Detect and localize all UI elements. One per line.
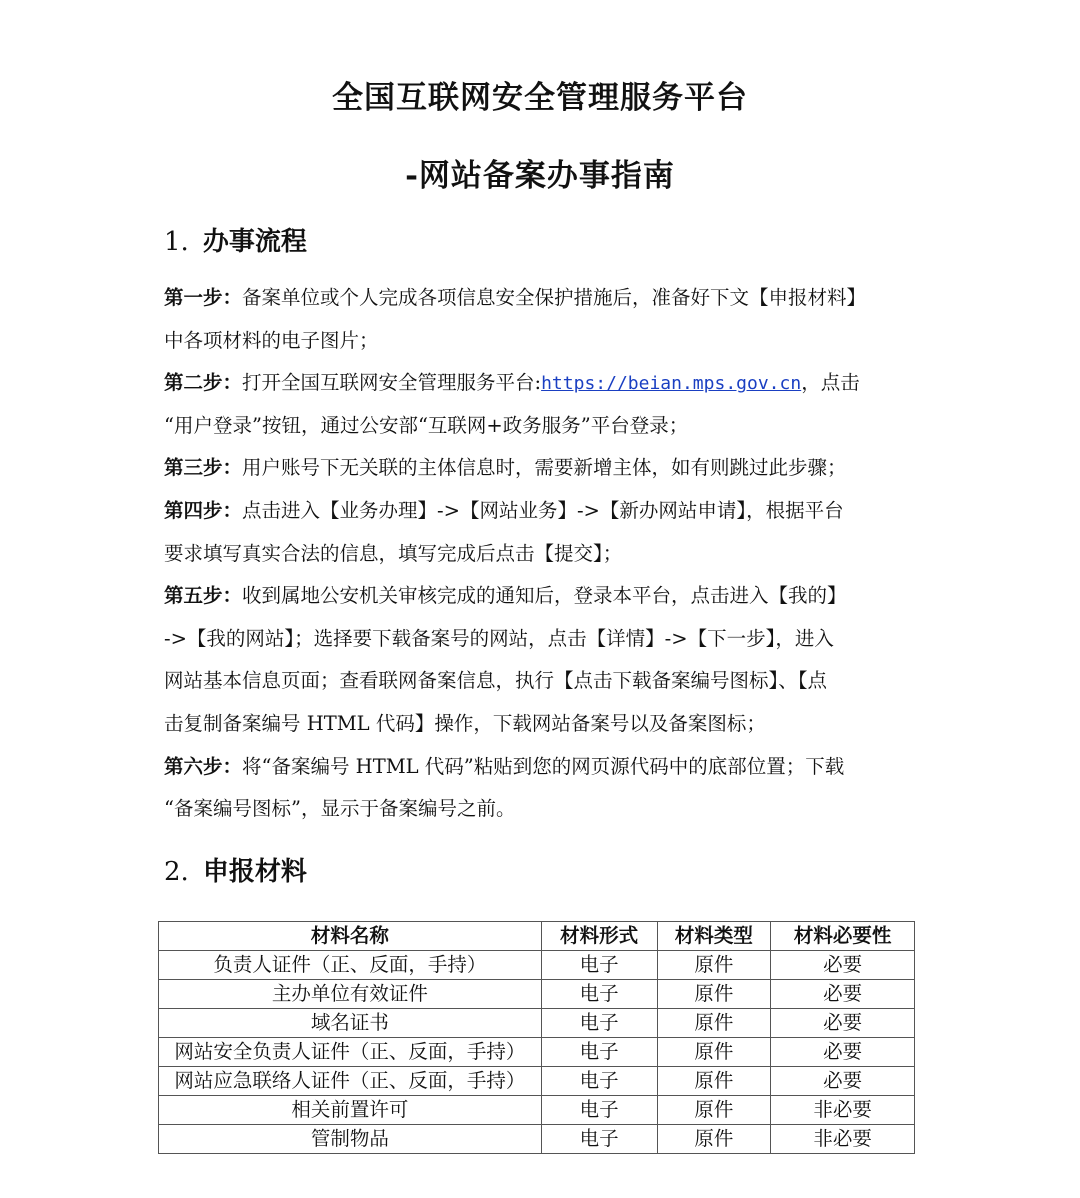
step-text: 将“备案编号 HTML 代码”粘贴到您的网页源代码中的底部位置；下载 [242, 755, 844, 778]
table-header-row: 材料名称 材料形式 材料类型 材料必要性 [159, 922, 915, 951]
step-text: 打开全国互联网安全管理服务平台: [242, 371, 541, 394]
cell-name: 网站安全负责人证件（正、反面，手持） [159, 1038, 542, 1067]
materials-table: 材料名称 材料形式 材料类型 材料必要性 负责人证件（正、反面，手持） 电子 原… [158, 921, 915, 1154]
section-heading-process: 1.办事流程 [164, 221, 307, 258]
cell-form: 电子 [541, 1009, 657, 1038]
step-text: 收到属地公安机关审核完成的通知后，登录本平台，点击进入【我的】 [242, 584, 847, 607]
table-row: 域名证书 电子 原件 必要 [159, 1009, 915, 1038]
step-text: ，点击 [801, 371, 860, 394]
cell-type: 原件 [657, 1096, 771, 1125]
step-label: 第二步： [164, 371, 242, 394]
cell-name: 负责人证件（正、反面，手持） [159, 951, 542, 980]
step-label: 第四步： [164, 499, 242, 522]
table-row: 相关前置许可 电子 原件 非必要 [159, 1096, 915, 1125]
step-text: 备案单位或个人完成各项信息安全保护措施后，准备好下文【申报材料】 [242, 286, 866, 309]
cell-form: 电子 [541, 1125, 657, 1154]
step-1-line-2: 中各项材料的电子图片； [164, 320, 920, 363]
step-3-line-1: 第三步：用户账号下无关联的主体信息时，需要新增主体，如有则跳过此步骤； [164, 447, 920, 490]
cell-form: 电子 [541, 980, 657, 1009]
cell-form: 电子 [541, 1038, 657, 1067]
cell-type: 原件 [657, 980, 771, 1009]
document-title: 全国互联网安全管理服务平台 [0, 72, 1080, 117]
step-2-line-1: 第二步：打开全国互联网安全管理服务平台:https://beian.mps.go… [164, 362, 920, 405]
cell-necessity: 必要 [771, 1038, 915, 1067]
table-row: 网站安全负责人证件（正、反面，手持） 电子 原件 必要 [159, 1038, 915, 1067]
cell-necessity: 必要 [771, 1009, 915, 1038]
cell-form: 电子 [541, 1096, 657, 1125]
step-5-line-2: ->【我的网站】；选择要下载备案号的网站，点击【详情】->【下一步】，进入 [164, 618, 920, 661]
section-title: 申报材料 [203, 857, 307, 887]
step-4-line-1: 第四步：点击进入【业务办理】->【网站业务】->【新办网站申请】，根据平台 [164, 490, 920, 533]
cell-name: 管制物品 [159, 1125, 542, 1154]
section-heading-materials: 2.申报材料 [164, 851, 307, 888]
cell-name: 主办单位有效证件 [159, 980, 542, 1009]
cell-type: 原件 [657, 951, 771, 980]
step-text: 点击进入【业务办理】->【网站业务】->【新办网站申请】，根据平台 [242, 499, 844, 522]
cell-necessity: 非必要 [771, 1125, 915, 1154]
cell-name: 域名证书 [159, 1009, 542, 1038]
header-material-necessity: 材料必要性 [771, 922, 915, 951]
step-1-line-1: 第一步：备案单位或个人完成各项信息安全保护措施后，准备好下文【申报材料】 [164, 277, 920, 320]
step-5-line-3: 网站基本信息页面；查看联网备案信息，执行【点击下载备案编号图标】、【点 [164, 660, 920, 703]
step-label: 第三步： [164, 456, 242, 479]
step-text: 用户账号下无关联的主体信息时，需要新增主体，如有则跳过此步骤； [242, 456, 847, 479]
cell-form: 电子 [541, 951, 657, 980]
step-label: 第五步： [164, 584, 242, 607]
cell-type: 原件 [657, 1125, 771, 1154]
table-row: 主办单位有效证件 电子 原件 必要 [159, 980, 915, 1009]
section-number: 2. [164, 857, 189, 887]
table-row: 负责人证件（正、反面，手持） 电子 原件 必要 [159, 951, 915, 980]
step-4-line-2: 要求填写真实合法的信息，填写完成后点击【提交】； [164, 533, 920, 576]
cell-type: 原件 [657, 1067, 771, 1096]
cell-necessity: 必要 [771, 951, 915, 980]
process-steps: 第一步：备案单位或个人完成各项信息安全保护措施后，准备好下文【申报材料】 中各项… [164, 277, 920, 831]
header-material-name: 材料名称 [159, 922, 542, 951]
cell-name: 相关前置许可 [159, 1096, 542, 1125]
step-label: 第一步： [164, 286, 242, 309]
cell-necessity: 非必要 [771, 1096, 915, 1125]
cell-form: 电子 [541, 1067, 657, 1096]
header-material-form: 材料形式 [541, 922, 657, 951]
step-5-line-1: 第五步：收到属地公安机关审核完成的通知后，登录本平台，点击进入【我的】 [164, 575, 920, 618]
table-row: 网站应急联络人证件（正、反面，手持） 电子 原件 必要 [159, 1067, 915, 1096]
table-row: 管制物品 电子 原件 非必要 [159, 1125, 915, 1154]
cell-necessity: 必要 [771, 1067, 915, 1096]
document-subtitle: -网站备案办事指南 [0, 150, 1080, 195]
step-6-line-1: 第六步：将“备案编号 HTML 代码”粘贴到您的网页源代码中的底部位置；下载 [164, 746, 920, 789]
step-5-line-4: 击复制备案编号 HTML 代码】操作，下载网站备案号以及备案图标； [164, 703, 920, 746]
beian-link[interactable]: https://beian.mps.gov.cn [541, 373, 801, 394]
header-material-type: 材料类型 [657, 922, 771, 951]
section-number: 1. [164, 227, 189, 257]
cell-type: 原件 [657, 1038, 771, 1067]
section-title: 办事流程 [203, 227, 307, 257]
step-label: 第六步： [164, 755, 242, 778]
step-2-line-2: “用户登录”按钮，通过公安部“互联网+政务服务”平台登录； [164, 405, 920, 448]
cell-type: 原件 [657, 1009, 771, 1038]
cell-necessity: 必要 [771, 980, 915, 1009]
cell-name: 网站应急联络人证件（正、反面，手持） [159, 1067, 542, 1096]
step-6-line-2: “备案编号图标”，显示于备案编号之前。 [164, 788, 920, 831]
